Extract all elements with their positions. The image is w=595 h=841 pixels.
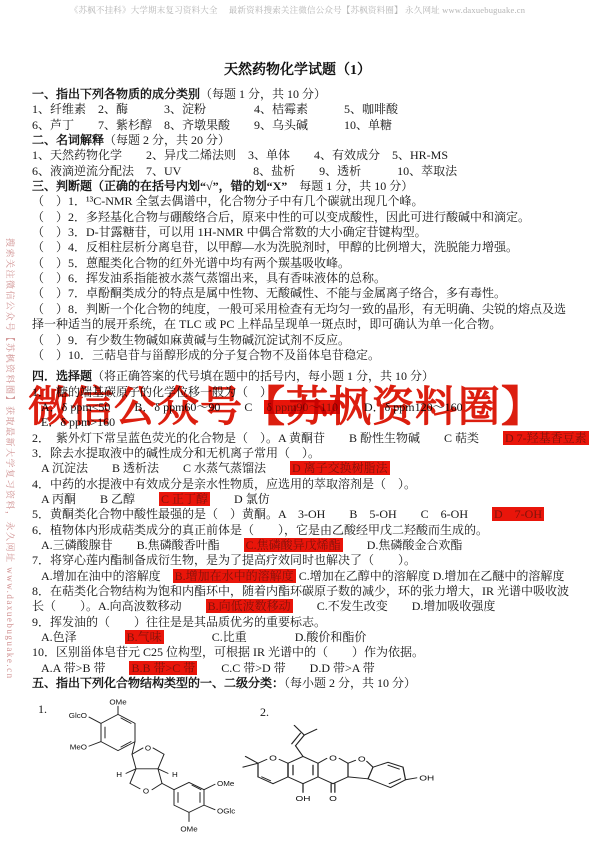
text-segment: （ ）3．D-甘露糖苷，可以用 1H-NMR 中偶合常数的大小确定苷键构型。 <box>32 225 427 239</box>
text-line: （ ）9．有少数生物碱如麻黄碱与生物碱沉淀试剂不反应。 <box>32 333 592 348</box>
atom-label-h-left: H <box>116 770 122 779</box>
text-segment: 4．中药的水提液中有效成分是亲水性物质，应选用的萃取溶剂是（ ）。 <box>32 477 416 491</box>
text-segment: 一、指出下列各物质的成分类别 <box>32 87 200 101</box>
text-line: A.三磷酸腺苷 B.焦磷酸香叶酯 C.焦磷酸异戊烯酯 D.焦磷酸金合欢酯 <box>32 538 592 553</box>
text-segment: 6、芦丁 7、紫杉醇 8、齐墩果酸 9、乌头碱 10、单糖 <box>32 118 392 132</box>
text-segment: 每题 1 分，共 10 分） <box>287 179 413 193</box>
text-segment: 长（ ）。A.向高波数移动 <box>32 599 206 613</box>
text-segment: 9．挥发油的（ ）往往是是其品质优劣的重要标志。 <box>32 615 326 629</box>
text-segment: A.A 带>B 带 <box>41 661 129 675</box>
text-segment: 择一种适当的展开系统，在 TLC 或 PC 上样品呈现单一斑点时，即可确认为单一… <box>32 317 501 331</box>
answer-highlight: D 离子交换树脂法 <box>290 461 390 475</box>
structure-2-figure: O O O OH O OH <box>238 702 438 807</box>
text-segment: 6．植物体内形成萜类成分的真正前体是（ ），它是由乙酸经甲戊二羟酸而生成的。 <box>32 523 488 537</box>
answer-highlight: B.B 带>C 带 <box>129 661 197 675</box>
text-segment: 三、判断题（正确的在括号内划“√”，错的划“X” <box>32 179 287 193</box>
text-line: （ ）7．卓酚酮类成分的特点是属中性物、无酸碱性、不能与金属离子络合，多有毒性。 <box>32 286 592 301</box>
text-line: （ ）10．三萜皂苷与甾醇形成的分子复合物不及甾体皂苷稳定。 <box>32 348 592 363</box>
text-line: 一、指出下列各物质的成分类别（每题 1 分，共 10 分） <box>32 87 592 102</box>
atom-label-oh-bottom: OH <box>296 794 311 803</box>
text-segment: C.C 带>D 带 D.D 带>A 带 <box>197 661 375 675</box>
text-line: 三、判断题（正确的在括号内划“√”，错的划“X” 每题 1 分，共 10 分） <box>32 179 592 194</box>
atom-label-ome-top: OMe <box>109 698 126 706</box>
text-line: 长（ ）。A.向高波数移动 B.向低波数移动 C.不发生改变 D.增加吸收强度 <box>32 599 592 614</box>
text-line: A 丙酮 B 乙醇 C 正丁醇 D 氯仿 <box>32 492 592 507</box>
answer-highlight: D 7-OH <box>492 507 544 521</box>
atom-label-oglc: OGlc <box>217 807 235 816</box>
text-line: 1、纤维素 2、酶 3、淀粉 4、桔霉素 5、咖啡酸 <box>32 102 592 117</box>
text-segment: 7．将穿心莲内酯制备成衍生物，是为了提高疗效同时也解决了（ ）。 <box>32 553 416 567</box>
text-segment: C.不发生改变 D.增加吸收强度 <box>293 599 496 613</box>
text-segment: 1、纤维素 2、酶 3、淀粉 4、桔霉素 5、咖啡酸 <box>32 102 398 116</box>
atom-label-h-right: H <box>172 770 178 779</box>
site-banner: 《苏枫不挂科》大学期末复习资料大全 最新资料搜索关注微信公众号【苏枫资料圈】 永… <box>0 4 595 16</box>
text-line: A.增加在油中的溶解度 B.增加在水中的溶解度 C.增加在乙醇中的溶解度 D.增… <box>32 569 592 584</box>
text-line: 6、液滴逆流分配法 7、UV 8、盐析 9、透析 10、萃取法 <box>32 164 592 179</box>
answer-highlight: B.气味 <box>125 630 164 644</box>
text-line: 10．区别甾体皂苷元 C25 位构型，可根据 IR 光谱中的（ ）作为依据。 <box>32 645 592 660</box>
text-segment: （ ）4．反相柱层析分离皂苷，以甲醇—水为洗脱剂时，甲醇的比例增大，洗脱能力增强… <box>32 240 518 254</box>
text-segment: A 丙酮 B 乙醇 <box>41 492 159 506</box>
text-line: （ ）6．挥发油系指能被水蒸气蒸馏出来，具有香味液体的总称。 <box>32 271 592 286</box>
watermark-overlay: 微信公众号【苏枫资料圈】 <box>28 374 544 434</box>
text-line: （ ）2．多羟基化合物与硼酸络合后，原来中性的可以变成酸性，因此可进行酸碱中和滴… <box>32 210 592 225</box>
text-line: （ ）4．反相柱层析分离皂苷，以甲醇—水为洗脱剂时，甲醇的比例增大，洗脱能力增强… <box>32 240 592 255</box>
text-segment: （每题 1 分，共 10 分） <box>200 87 326 101</box>
text-segment: （每小题 2 分，共 10 分） <box>284 676 416 690</box>
text-line: 1、天然药物化学 2、异戊二烯法则 3、单体 4、有效成分 5、HR-MS <box>32 148 592 163</box>
text-line: 9．挥发油的（ ）往往是是其品质优劣的重要标志。 <box>32 615 592 630</box>
text-line: 3．除去水提取液中的碱性成分和无机离子常用（ ）。 <box>32 446 592 461</box>
text-segment: A.增加在油中的溶解度 <box>41 569 173 583</box>
text-line: 4．中药的水提液中有效成分是亲水性物质，应选用的萃取溶剂是（ ）。 <box>32 477 592 492</box>
atom-label-o-upper: O <box>145 744 151 753</box>
atom-label-o-carbonyl: O <box>329 794 337 803</box>
text-line: A.A 带>B 带 B.B 带>C 带 C.C 带>D 带 D.D 带>A 带 <box>32 661 592 676</box>
answer-highlight: B.向低波数移动 <box>206 599 293 613</box>
text-line: （ ）8．判断一个化合物的纯度，一般可采用检查有无均匀一致的晶形，有无明确、尖锐… <box>32 302 592 317</box>
text-line: A.色泽 B.气味 C.比重 D.酸价和酯价 <box>32 630 592 645</box>
molecule-bonds <box>89 706 215 821</box>
exam-title: 天然药物化学试题（1） <box>0 59 595 79</box>
answer-highlight: C 正丁醇 <box>159 492 210 506</box>
text-line: 6．植物体内形成萜类成分的真正前体是（ ），它是由乙酸经甲戊二羟酸而生成的。 <box>32 523 592 538</box>
text-segment: A.色泽 <box>41 630 125 644</box>
text-segment: 5．黄酮类化合物中酸性最强的是（ ）黄酮。A 3-OH B 5-OH C 6-O… <box>32 507 492 521</box>
atom-label-glco: GlcO <box>69 711 87 720</box>
text-segment: C.比重 D.酸价和酯价 <box>164 630 367 644</box>
text-line: A 沉淀法 B 透析法 C 水蒸气蒸馏法 D 离子交换树脂法 <box>32 461 592 476</box>
text-line: 二、名词解释（每题 2 分，共 20 分） <box>32 133 592 148</box>
text-line: 五、指出下列化合物结构类型的一、二级分类：（每小题 2 分，共 10 分） <box>32 676 592 691</box>
text-segment: D 氯仿 <box>210 492 270 506</box>
text-segment: （ ）2．多羟基化合物与硼酸络合后，原来中性的可以变成酸性，因此可进行酸碱中和滴… <box>32 210 530 224</box>
text-segment: 1、天然药物化学 2、异戊二烯法则 3、单体 4、有效成分 5、HR-MS <box>32 148 448 162</box>
text-line: 择一种适当的展开系统，在 TLC 或 PC 上样品呈现单一斑点时，即可确认为单一… <box>32 317 592 332</box>
text-line: 7．将穿心莲内酯制备成衍生物，是为了提高疗效同时也解决了（ ）。 <box>32 553 592 568</box>
text-segment: （ ）10．三萜皂苷与甾醇形成的分子复合物不及甾体皂苷稳定。 <box>32 348 380 362</box>
answer-highlight: C.焦磷酸异戊烯酯 <box>244 538 343 552</box>
text-segment: （ ）1．¹³C-NMR 全氢去偶谱中，化合物分子中有几个碳就出现几个峰。 <box>32 194 424 208</box>
text-segment: 10．区别甾体皂苷元 C25 位构型，可根据 IR 光谱中的（ ）作为依据。 <box>32 645 424 659</box>
text-segment: （ ）5．蒽醌类化合物的红外光谱中均有两个羰基吸收峰。 <box>32 256 350 270</box>
atom-label-ome-bottom: OMe <box>180 825 197 834</box>
atom-label-ome-right: OMe <box>217 779 234 788</box>
answer-highlight: B.增加在水中的溶解度 <box>173 569 296 583</box>
text-segment: 6、液滴逆流分配法 7、UV 8、盐析 9、透析 10、萃取法 <box>32 164 457 178</box>
atom-label-o-lower: O <box>143 787 149 796</box>
text-line: 8．在萜类化合物结构为饱和内酯环中，随着内酯环碳原子数的减少，环的张力增大，IR… <box>32 584 592 599</box>
text-segment: A.三磷酸腺苷 B.焦磷酸香叶酯 <box>41 538 244 552</box>
text-segment: （每题 2 分，共 20 分） <box>104 133 230 147</box>
text-segment: （ ）6．挥发油系指能被水蒸气蒸馏出来，具有香味液体的总称。 <box>32 271 386 285</box>
text-segment: 3．除去水提取液中的碱性成分和无机离子常用（ ）。 <box>32 446 320 460</box>
text-line: 5．黄酮类化合物中酸性最强的是（ ）黄酮。A 3-OH B 5-OH C 6-O… <box>32 507 592 522</box>
atom-label-o-pyran: O <box>269 753 277 762</box>
text-segment: （ ）9．有少数生物碱如麻黄碱与生物碱沉淀试剂不反应。 <box>32 333 350 347</box>
atom-label-o-furan: O <box>358 754 366 763</box>
text-segment: （ ）7．卓酚酮类成分的特点是属中性物、无酸碱性、不能与金属离子络合，多有毒性。 <box>32 286 506 300</box>
text-segment: （ ）8．判断一个化合物的纯度，一般可采用检查有无均匀一致的晶形，有无明确、尖锐… <box>32 302 566 316</box>
text-segment: 二、名词解释 <box>32 133 104 147</box>
atom-label-oh-right: OH <box>419 774 434 783</box>
text-segment: C.增加在乙醇中的溶解度 D.增加在乙醚中的溶解度 <box>296 569 565 583</box>
text-segment: A 沉淀法 B 透析法 C 水蒸气蒸馏法 <box>41 461 290 475</box>
molecule-atom-labels: OMe GlcO MeO O O H H OMe OGlc OMe <box>69 698 236 833</box>
text-line: （ ）5．蒽醌类化合物的红外光谱中均有两个羰基吸收峰。 <box>32 256 592 271</box>
text-line: （ ）3．D-甘露糖苷，可以用 1H-NMR 中偶合常数的大小确定苷键构型。 <box>32 225 592 240</box>
atom-label-meo: MeO <box>70 743 87 752</box>
structure-1-figure: OMe GlcO MeO O O H H OMe OGlc OMe <box>46 698 236 836</box>
exam-page: 《苏枫不挂科》大学期末复习资料大全 最新资料搜索关注微信公众号【苏枫资料圈】 永… <box>0 0 595 841</box>
text-line: 6、芦丁 7、紫杉醇 8、齐墩果酸 9、乌头碱 10、单糖 <box>32 118 592 133</box>
atom-label-o-chromone: O <box>329 753 337 762</box>
text-segment: 五、指出下列化合物结构类型的一、二级分类： <box>32 676 284 690</box>
text-line: （ ）1．¹³C-NMR 全氢去偶谱中，化合物分子中有几个碳就出现几个峰。 <box>32 194 592 209</box>
side-watermark: 搜索关注微信公众号【苏枫资料圈】获取最新大学复习资料，永久网址 www.daxu… <box>4 238 17 680</box>
text-segment: D.焦磷酸金合欢酯 <box>343 538 463 552</box>
text-segment: 8．在萜类化合物结构为饱和内酯环中，随着内酯环碳原子数的减少，环的张力增大，IR… <box>32 584 569 598</box>
